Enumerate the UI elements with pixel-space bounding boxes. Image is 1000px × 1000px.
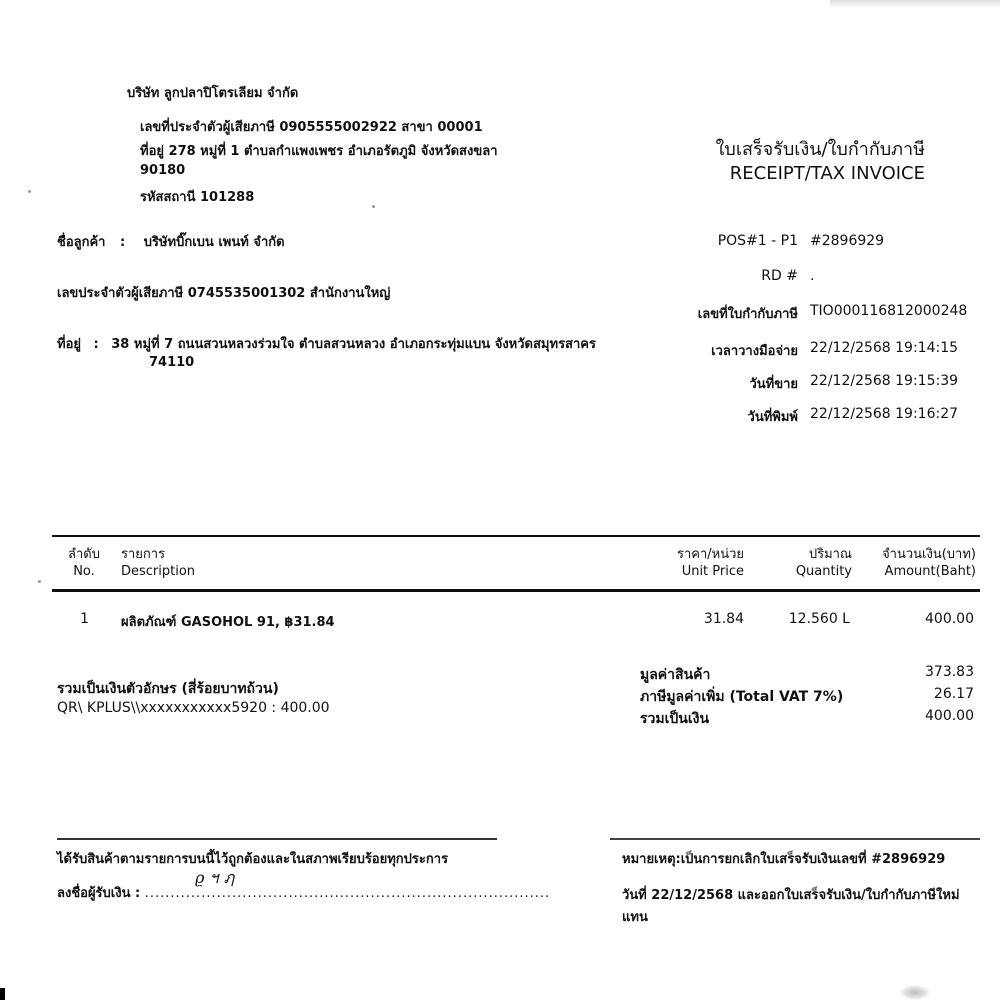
meta-label: RD # (558, 268, 810, 284)
remark-line1: หมายเหตุ:เป็นการยกเลิกใบเสร็จรับเงินเลขท… (622, 848, 945, 869)
footer-rule (57, 838, 497, 840)
scan-speck (38, 580, 41, 583)
customer-address-line1: 38 หมู่ที่ 7 ถนนสวนหลวงร่วมใจ ตำบลสวนหลว… (111, 337, 596, 352)
header-quantity-en: Quantity (796, 564, 852, 579)
header-no: ลำดับ No. (68, 543, 100, 579)
meta-label: POS#1 - P1 (558, 233, 810, 249)
header-unit-price-en: Unit Price (677, 564, 744, 579)
meta-row-print-date: วันที่พิมพ์ 22/12/2568 19:16:27 (558, 406, 955, 427)
item-description: ผลิตภัณฑ์ GASOHOL 91, ฿31.84 (121, 611, 335, 632)
remark-line2: วันที่ 22/12/2568 และออกใบเสร็จรับเงิน/ใ… (622, 884, 960, 905)
header-no-en: No. (68, 564, 100, 579)
meta-row-pos: POS#1 - P1 #2896929 (558, 233, 955, 249)
scan-smudge (830, 0, 1000, 8)
subtotal-label: มูลค่าสินค้า (640, 664, 710, 686)
header-description-th: รายการ (121, 543, 195, 564)
meta-label: เลขที่ใบกำกับภาษี (558, 303, 810, 324)
seller-tax-id: เลขที่ประจำตัวผู้เสียภาษี 0905555002922 … (140, 116, 483, 137)
header-amount-en: Amount(Baht) (882, 564, 976, 579)
seller-address-line2: 90180 (140, 163, 185, 178)
customer-name-label: ชื่อลูกค้า (57, 235, 105, 250)
document-title-en: RECEIPT/TAX INVOICE (730, 163, 925, 184)
customer-name-separator: : (120, 235, 125, 250)
grand-total-value: 400.00 (925, 708, 974, 724)
meta-row-tax-invoice-no: เลขที่ใบกำกับภาษี TIO000116812000248 (558, 303, 955, 324)
customer-address-line2: 74110 (149, 355, 194, 370)
meta-label: เวลาวางมือจ่าย (558, 340, 810, 361)
header-description: รายการ Description (121, 543, 195, 579)
table-header-rule (52, 589, 980, 592)
meta-row-sale-date: วันที่ขาย 22/12/2568 19:15:39 (558, 373, 955, 394)
meta-label: วันที่พิมพ์ (558, 406, 810, 427)
meta-value: #2896929 (810, 233, 955, 249)
header-quantity: ปริมาณ Quantity (796, 543, 852, 579)
meta-row-nozzle-time: เวลาวางมือจ่าย 22/12/2568 19:14:15 (558, 340, 955, 361)
customer-address-label: ที่อยู่ (57, 337, 81, 352)
vat-value: 26.17 (934, 686, 974, 702)
subtotal-value: 373.83 (925, 664, 974, 680)
meta-value: . (810, 268, 955, 284)
item-unit-price: 31.84 (704, 611, 744, 627)
signature-label: ลงชื่อผู้รับเงิน : (57, 886, 140, 901)
meta-value: TIO000116812000248 (810, 303, 955, 324)
footer-rule (610, 838, 980, 840)
header-amount: จำนวนเงิน(บาท) Amount(Baht) (882, 543, 976, 579)
scan-speck (372, 205, 375, 208)
item-amount: 400.00 (925, 611, 974, 627)
header-amount-th: จำนวนเงิน(บาท) (882, 543, 976, 564)
received-note: ได้รับสินค้าตามรายการบนนี้ไว้ถูกต้องและใ… (57, 848, 448, 869)
item-quantity: 12.560 L (789, 611, 850, 627)
item-no: 1 (80, 611, 89, 627)
customer-address-row: ที่อยู่ : 38 หมู่ที่ 7 ถนนสวนหลวงร่วมใจ … (57, 333, 596, 354)
header-no-th: ลำดับ (68, 543, 100, 564)
signature-row: ลงชื่อผู้รับเงิน : .....................… (57, 882, 550, 903)
grand-total-label: รวมเป็นเงิน (640, 708, 709, 730)
meta-value: 22/12/2568 19:14:15 (810, 340, 955, 361)
customer-name: บริษัทบิ๊กเบน เพนท์ จำกัด (144, 235, 285, 250)
customer-tax-id: เลขประจำตัวผู้เสียภาษี 0745535001302 สำน… (57, 282, 390, 303)
customer-name-row: ชื่อลูกค้า : บริษัทบิ๊กเบน เพนท์ จำกัด (57, 231, 285, 252)
meta-label: วันที่ขาย (558, 373, 810, 394)
seller-station-code: รหัสสถานี 101288 (140, 186, 254, 207)
table-top-rule (52, 535, 980, 537)
remark-line3: แทน (622, 906, 648, 927)
meta-row-rd: RD # . (558, 268, 955, 284)
document-title-th: ใบเสร็จรับเงิน/ใบกำกับภาษี (716, 134, 925, 163)
scan-smudge (900, 985, 930, 1000)
seller-address-line1: ที่อยู่ 278 หมู่ที่ 1 ตำบลกำแพงเพชร อำเภ… (140, 140, 498, 161)
seller-name: บริษัท ลูกปลาปิโตรเลียม จำกัด (127, 82, 298, 103)
header-quantity-th: ปริมาณ (796, 543, 852, 564)
header-unit-price-th: ราคา/หน่วย (677, 543, 744, 564)
amount-in-words: รวมเป็นเงินตัวอักษร (สี่ร้อยบาทถ้วน) (57, 678, 279, 700)
signature-line: ........................................… (145, 886, 550, 901)
header-unit-price: ราคา/หน่วย Unit Price (677, 543, 744, 579)
meta-value: 22/12/2568 19:16:27 (810, 406, 955, 427)
header-description-en: Description (121, 564, 195, 579)
customer-address-separator: : (94, 337, 99, 352)
scan-speck (28, 190, 31, 193)
vat-label: ภาษีมูลค่าเพิ่ม (Total VAT 7%) (640, 686, 843, 708)
scan-edge-mark (0, 988, 5, 1000)
payment-method: QR\ KPLUS\\xxxxxxxxxxx5920 : 400.00 (57, 700, 330, 716)
meta-value: 22/12/2568 19:15:39 (810, 373, 955, 394)
